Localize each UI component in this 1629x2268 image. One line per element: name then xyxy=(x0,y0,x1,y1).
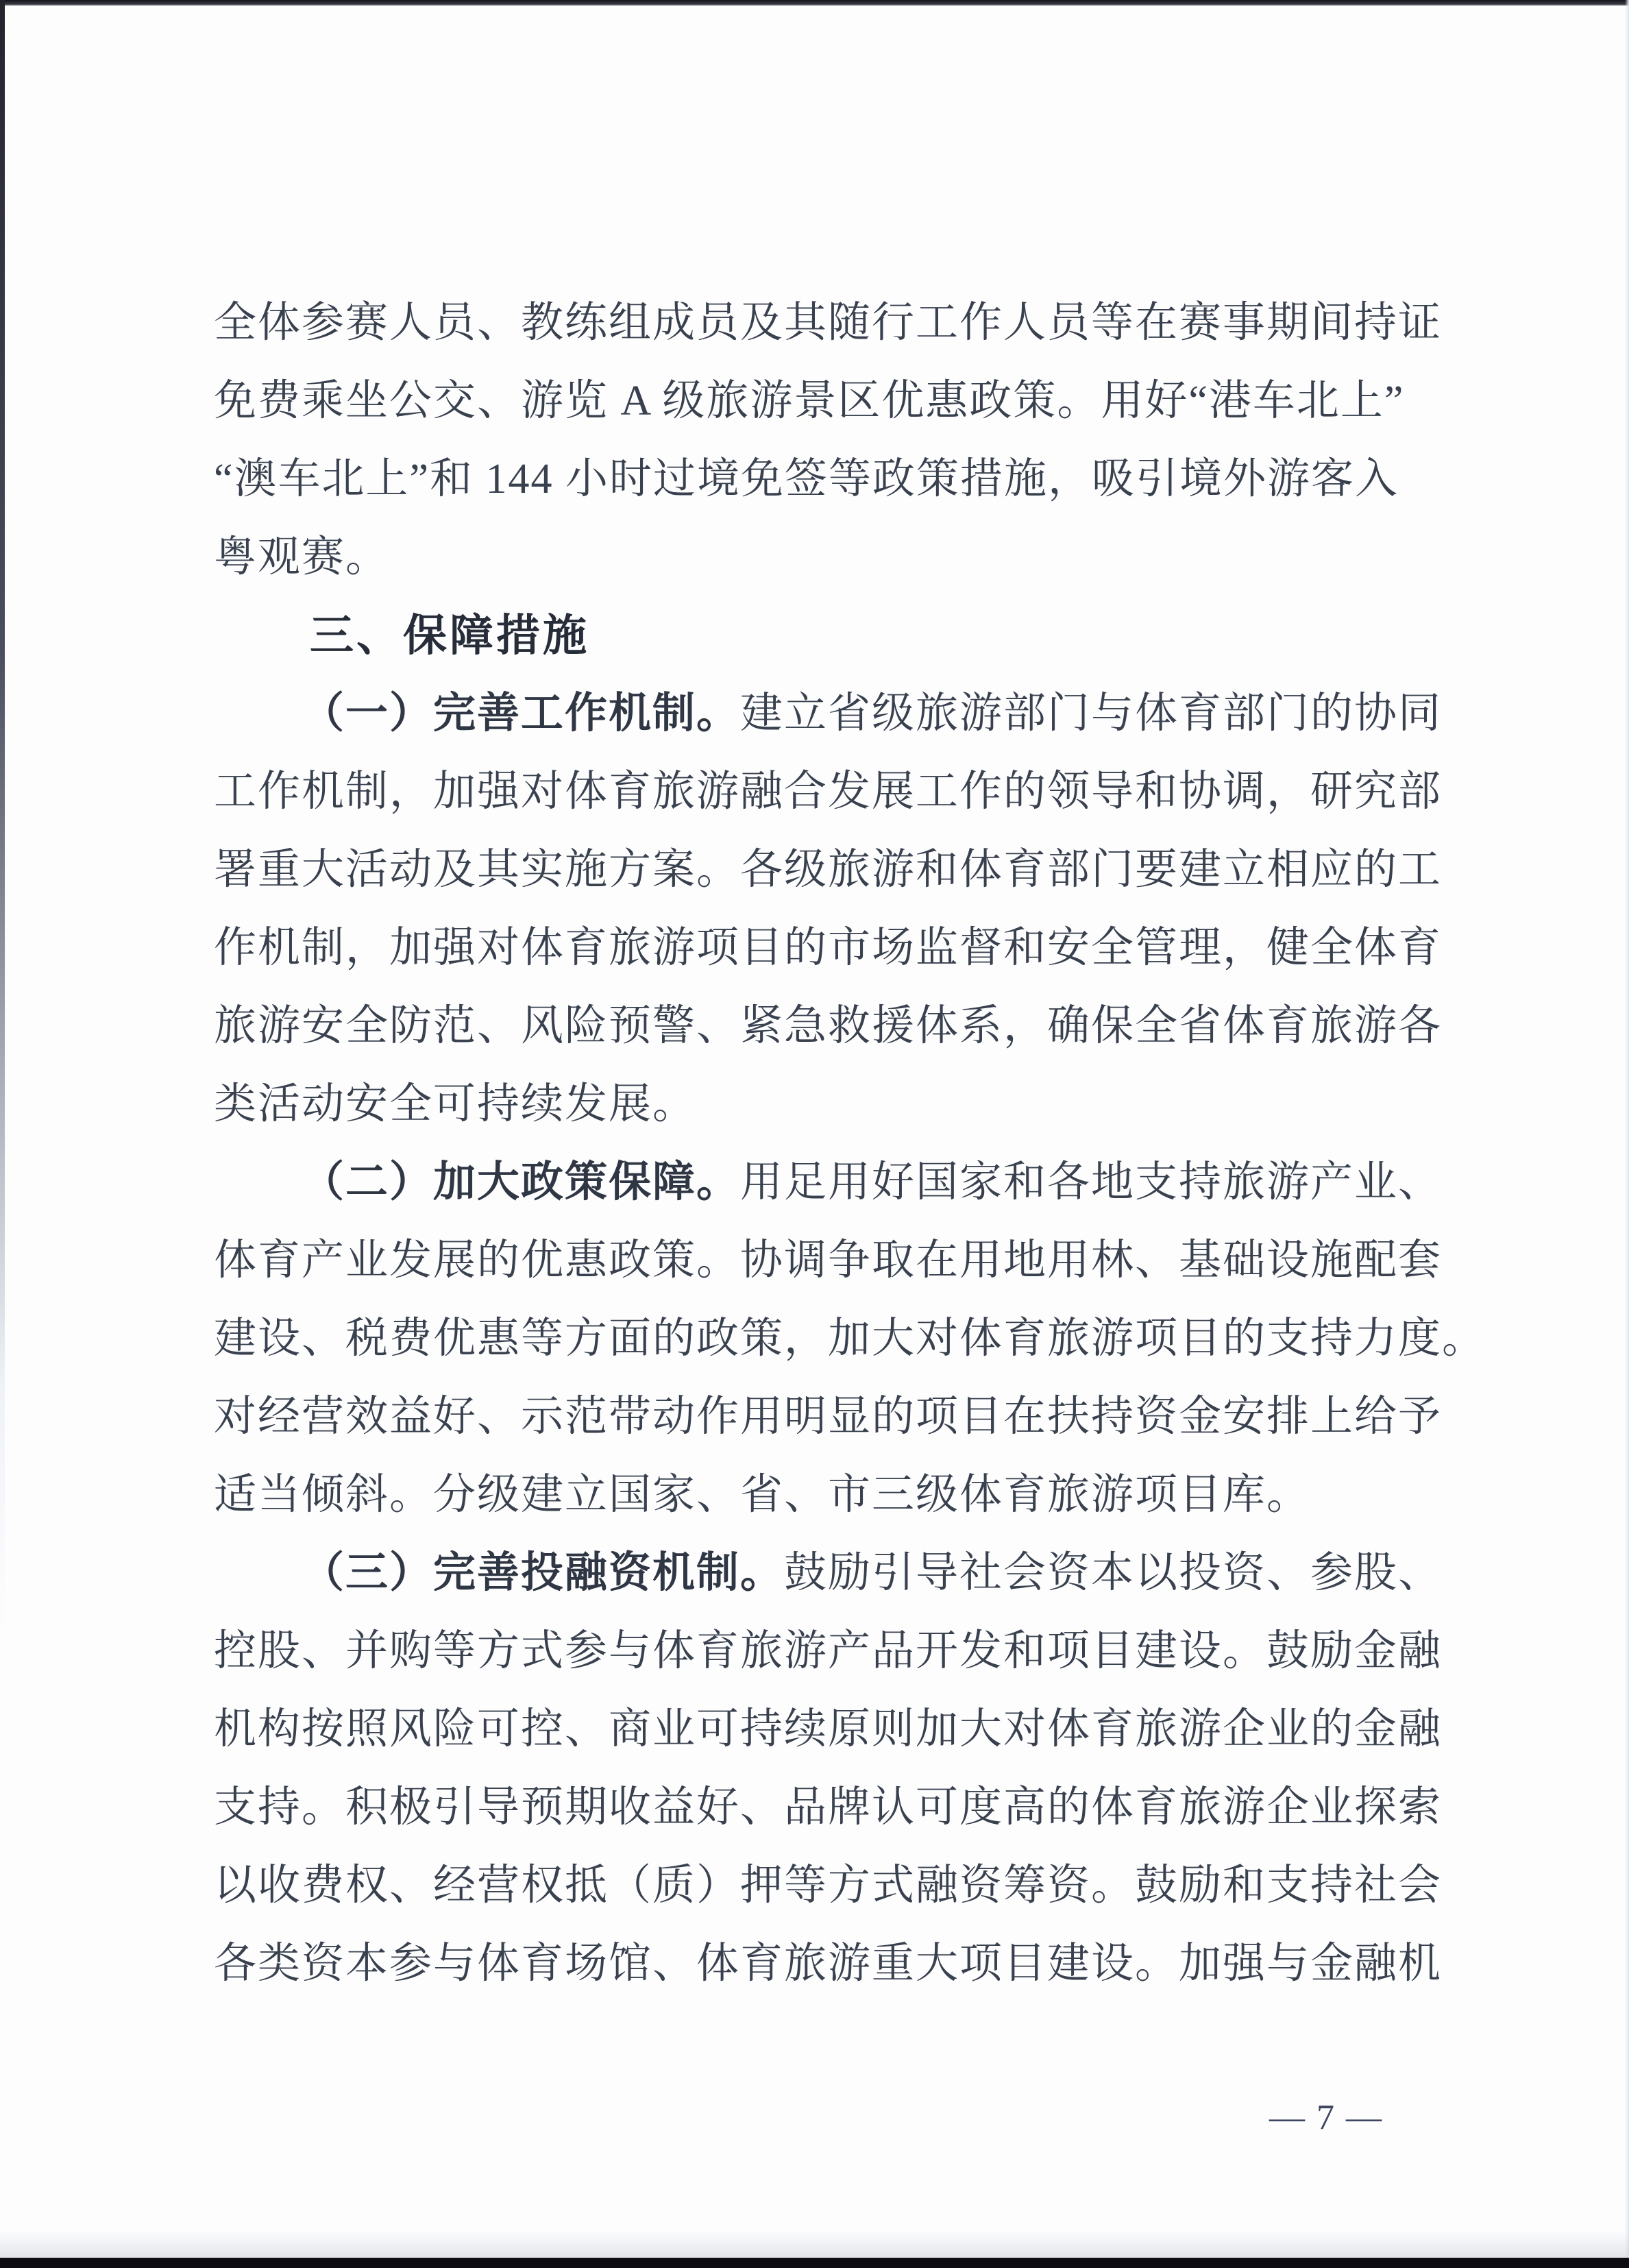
line-text: 建立省级旅游部门与体育部门的协同 xyxy=(740,690,1442,737)
line-text: 粤观赛。 xyxy=(214,534,389,581)
text-line: 旅游安全防范、风险预警、紧急救援体系，确保全省体育旅游各 xyxy=(214,987,1447,1065)
text-line: （二）加大政策保障。用足用好国家和各地支持旅游产业、 xyxy=(214,1143,1447,1221)
text-line: 作机制，加强对体育旅游项目的市场监督和安全管理，健全体育 xyxy=(214,909,1447,987)
line-text: 工作机制，加强对体育旅游融合发展工作的领导和协调，研究部 xyxy=(214,768,1442,815)
line-text: 建设、税费优惠等方面的政策，加大对体育旅游项目的支持力度。 xyxy=(214,1315,1486,1362)
text-line: 全体参赛人员、教练组成员及其随行工作人员等在赛事期间持证 xyxy=(214,284,1447,362)
text-line: 免费乘坐公交、游览 A 级旅游景区优惠政策。用好“港车北上” xyxy=(214,362,1447,440)
scan-edge-top xyxy=(0,0,1629,6)
text-line: 对经营效益好、示范带动作用明显的项目在扶持资金安排上给予 xyxy=(214,1378,1447,1456)
clause-lead: （一）完善工作机制。 xyxy=(302,690,740,737)
line-text: 以收费权、经营权抵（质）押等方式融资筹资。鼓励和支持社会 xyxy=(214,1862,1442,1909)
line-text: 各类资本参与体育场馆、体育旅游重大项目建设。加强与金融机 xyxy=(214,1940,1442,1987)
text-line: 适当倾斜。分级建立国家、省、市三级体育旅游项目库。 xyxy=(214,1456,1447,1534)
text-line: 工作机制，加强对体育旅游融合发展工作的领导和协调，研究部 xyxy=(214,753,1447,831)
line-text: 支持。积极引导预期收益好、品牌认可度高的体育旅游企业探索 xyxy=(214,1784,1442,1831)
clause-lead: （二）加大政策保障。 xyxy=(302,1159,740,1206)
line-text: 对经营效益好、示范带动作用明显的项目在扶持资金安排上给予 xyxy=(214,1393,1442,1440)
scan-edge-bottom xyxy=(0,2258,1629,2268)
line-text: 类活动安全可持续发展。 xyxy=(214,1081,696,1127)
document-body: 全体参赛人员、教练组成员及其随行工作人员等在赛事期间持证 免费乘坐公交、游览 A… xyxy=(214,284,1447,2003)
text-line: 粤观赛。 xyxy=(214,518,1447,596)
text-line: 署重大活动及其实施方案。各级旅游和体育部门要建立相应的工 xyxy=(214,831,1447,909)
page-number: — 7 — xyxy=(1264,2096,1388,2140)
text-line: （三）完善投融资机制。鼓励引导社会资本以投资、参股、 xyxy=(214,1534,1447,1612)
text-line: 控股、并购等方式参与体育旅游产品开发和项目建设。鼓励金融 xyxy=(214,1612,1447,1690)
text-line: “澳车北上”和 144 小时过境免签等政策措施，吸引境外游客入 xyxy=(214,440,1447,518)
section-heading-text: 三、保障措施 xyxy=(310,611,589,660)
line-text: 适当倾斜。分级建立国家、省、市三级体育旅游项目库。 xyxy=(214,1472,1310,1518)
text-line: 以收费权、经营权抵（质）押等方式融资筹资。鼓励和支持社会 xyxy=(214,1846,1447,1925)
line-text: 体育产业发展的优惠政策。协调争取在用地用林、基础设施配套 xyxy=(214,1237,1442,1284)
line-text: 署重大活动及其实施方案。各级旅游和体育部门要建立相应的工 xyxy=(214,846,1442,893)
text-line: 各类资本参与体育场馆、体育旅游重大项目建设。加强与金融机 xyxy=(214,1925,1447,2003)
text-line: 体育产业发展的优惠政策。协调争取在用地用林、基础设施配套 xyxy=(214,1221,1447,1300)
document-page: 全体参赛人员、教练组成员及其随行工作人员等在赛事期间持证 免费乘坐公交、游览 A… xyxy=(0,0,1629,2268)
text-line: 类活动安全可持续发展。 xyxy=(214,1065,1447,1143)
scan-haze-bottom xyxy=(0,2230,1629,2258)
line-text: 免费乘坐公交、游览 A 级旅游景区优惠政策。用好“港车北上” xyxy=(214,378,1404,424)
line-text: “澳车北上”和 144 小时过境免签等政策措施，吸引境外游客入 xyxy=(214,456,1399,502)
text-line: （一）完善工作机制。建立省级旅游部门与体育部门的协同 xyxy=(214,674,1447,753)
line-text: 全体参赛人员、教练组成员及其随行工作人员等在赛事期间持证 xyxy=(214,300,1442,346)
text-line: 支持。积极引导预期收益好、品牌认可度高的体育旅游企业探索 xyxy=(214,1768,1447,1846)
line-text: 机构按照风险可控、商业可持续原则加大对体育旅游企业的金融 xyxy=(214,1706,1442,1753)
scan-edge-left xyxy=(0,0,5,1633)
text-line: 建设、税费优惠等方面的政策，加大对体育旅游项目的支持力度。 xyxy=(214,1300,1447,1378)
line-text: 作机制，加强对体育旅游项目的市场监督和安全管理，健全体育 xyxy=(214,925,1442,971)
line-text: 用足用好国家和各地支持旅游产业、 xyxy=(740,1159,1442,1206)
text-line: 机构按照风险可控、商业可持续原则加大对体育旅游企业的金融 xyxy=(214,1690,1447,1768)
line-text: 鼓励引导社会资本以投资、参股、 xyxy=(784,1550,1442,1596)
clause-lead: （三）完善投融资机制。 xyxy=(302,1550,784,1596)
line-text: 旅游安全防范、风险预警、紧急救援体系，确保全省体育旅游各 xyxy=(214,1003,1442,1049)
line-text: 控股、并购等方式参与体育旅游产品开发和项目建设。鼓励金融 xyxy=(214,1628,1442,1674)
scan-edge-right xyxy=(1625,0,1629,2268)
section-heading: 三、保障措施 xyxy=(214,596,1447,674)
